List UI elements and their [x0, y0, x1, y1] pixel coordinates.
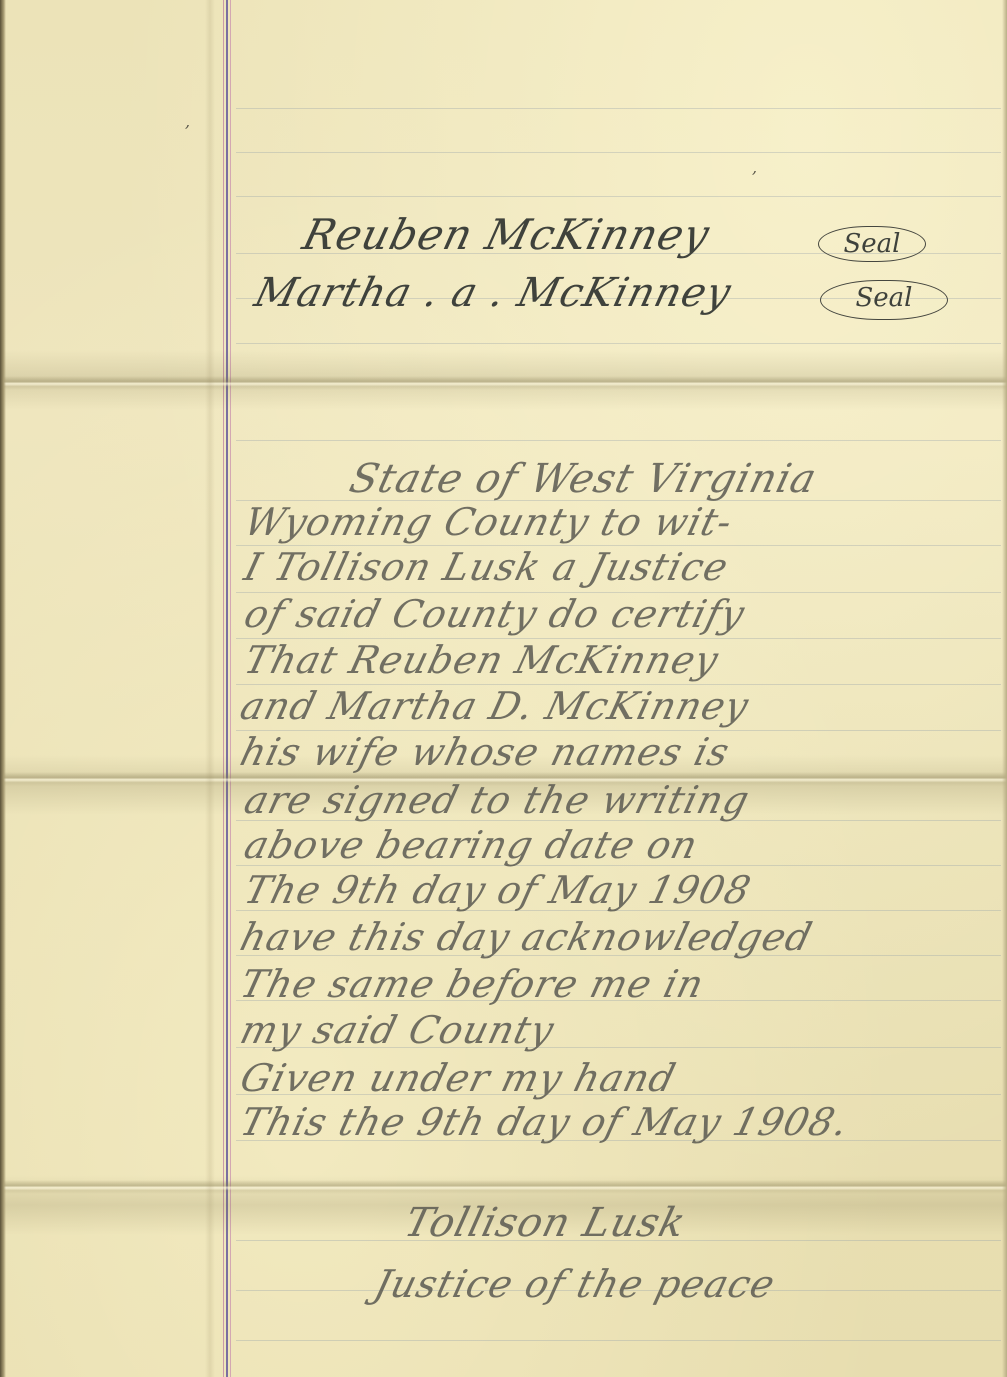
ruled-line	[236, 343, 1001, 344]
paper-left-edge	[0, 0, 6, 1377]
ack-line-4: of said County do certify	[240, 592, 750, 636]
paper-right-edge	[1002, 0, 1007, 1377]
ack-line-14: Given under my hand	[236, 1056, 681, 1100]
ack-line-13: my said County	[236, 1008, 559, 1052]
margin-line-red	[223, 0, 224, 1377]
ack-line-15: This the 9th day of May 1908.	[236, 1100, 853, 1144]
signature-reuben-mckinney: Reuben McKinney	[298, 210, 715, 259]
ruled-line	[236, 108, 1001, 109]
ack-line-2: Wyoming County to wit-	[240, 500, 737, 544]
ruled-line	[236, 1340, 1001, 1341]
ack-line-10: The 9th day of May 1908	[240, 868, 756, 912]
ack-line-1: State of West Virginia	[345, 456, 822, 502]
ack-line-11: have this day acknowledged	[236, 915, 817, 959]
ruled-line	[236, 196, 1001, 197]
vertical-fold	[205, 0, 215, 1377]
ack-line-5: That Reuben McKinney	[240, 638, 723, 682]
ink-speck: ,	[752, 158, 757, 177]
ack-line-12: The same before me in	[236, 962, 709, 1006]
margin-line-blue	[226, 0, 228, 1377]
ack-line-6: and Martha D. McKinney	[236, 684, 754, 728]
ack-line-9: above bearing date on	[240, 823, 703, 867]
official-signature-name: Tollison Lusk	[400, 1200, 691, 1246]
seal-mark-2: Seal	[820, 280, 948, 320]
margin-line-red	[230, 0, 231, 1377]
ink-speck: ,	[185, 112, 190, 131]
seal-mark-1: Seal	[818, 226, 926, 262]
official-signature-title: Justice of the peace	[370, 1262, 780, 1306]
ack-line-3: I Tollison Lusk a Justice	[240, 545, 733, 589]
ruled-line	[236, 152, 1001, 153]
ruled-line	[236, 440, 1001, 441]
signature-martha-mckinney: Martha . a . McKinney	[250, 270, 736, 316]
fold-crease	[0, 376, 1007, 390]
ack-line-7: his wife whose names is	[236, 730, 734, 774]
ack-line-8: are signed to the writing	[240, 778, 754, 822]
fold-crease	[0, 1180, 1007, 1194]
